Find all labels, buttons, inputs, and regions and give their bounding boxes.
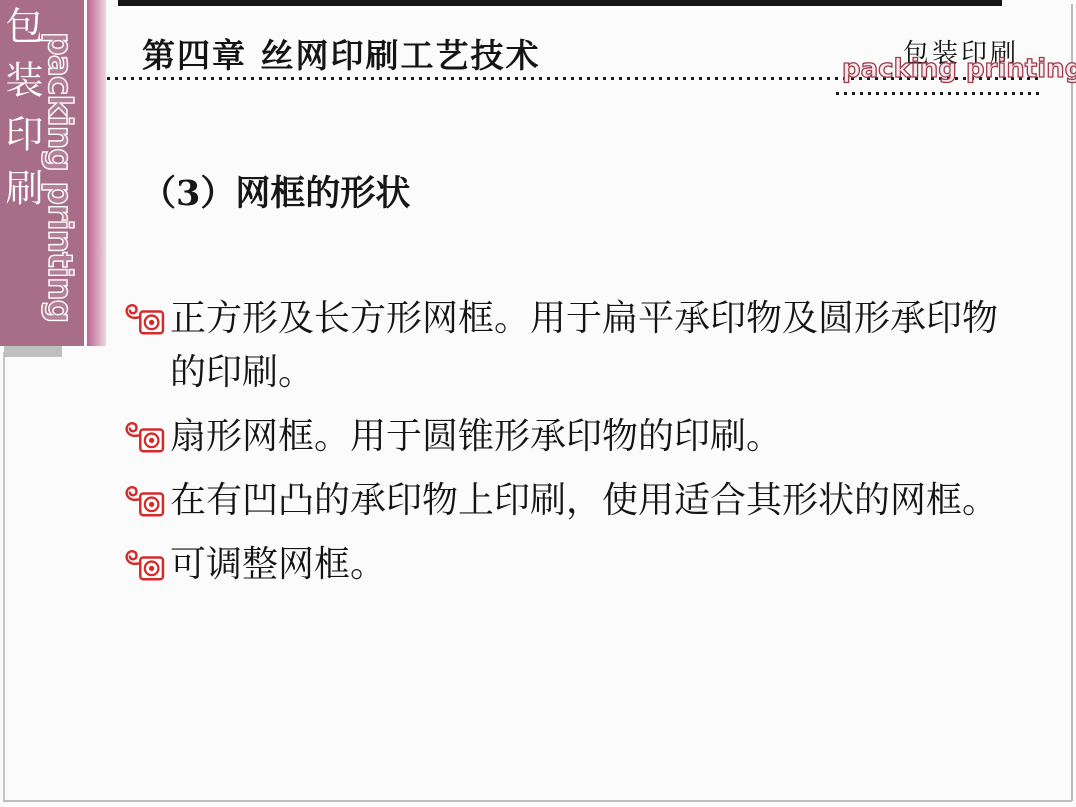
bullet-text: 在有凹凸的承印物上印刷，使用适合其形状的网框。 <box>170 480 998 521</box>
list-item: 扇形网框。用于圆锥形承印物的印刷。 <box>124 410 1008 464</box>
telephone-cord-icon <box>124 485 166 519</box>
bullet-list: 正方形及长方形网框。用于扁平承印物及圆形承印物的印刷。 扇形网框。用于圆锥形承印… <box>124 292 1008 602</box>
slide-top-black-bar <box>118 0 1002 6</box>
list-item: 可调整网框。 <box>124 538 1008 592</box>
sidebar-gradient-strip <box>87 0 106 346</box>
chapter-title: 第四章 丝网印刷工艺技术 <box>142 30 541 77</box>
bullet-text: 扇形网框。用于圆锥形承印物的印刷。 <box>170 416 782 457</box>
logo-english-label: packing printing <box>842 54 1076 84</box>
list-item: 在有凹凸的承印物上印刷，使用适合其形状的网框。 <box>124 474 1008 528</box>
slide-border-right <box>1071 4 1073 801</box>
slide-border-bottom <box>3 800 1072 802</box>
telephone-cord-icon <box>124 421 166 455</box>
slide-border-left <box>3 352 5 801</box>
section-heading: （3）网框的形状 <box>141 166 410 216</box>
telephone-cord-icon <box>124 549 166 583</box>
bullet-text: 正方形及长方形网框。用于扁平承印物及圆形承印物的印刷。 <box>170 298 998 393</box>
telephone-cord-icon <box>124 303 166 337</box>
list-item: 正方形及长方形网框。用于扁平承印物及圆形承印物的印刷。 <box>124 292 1008 400</box>
sidebar-vertical-title-chinese: 包装印刷 <box>1 6 41 222</box>
sidebar-vertical-title-english: packing printing <box>41 32 80 344</box>
sidebar-shadow <box>4 346 62 357</box>
bullet-text: 可调整网框。 <box>170 544 386 585</box>
logo-dotted-underline <box>836 92 1040 95</box>
